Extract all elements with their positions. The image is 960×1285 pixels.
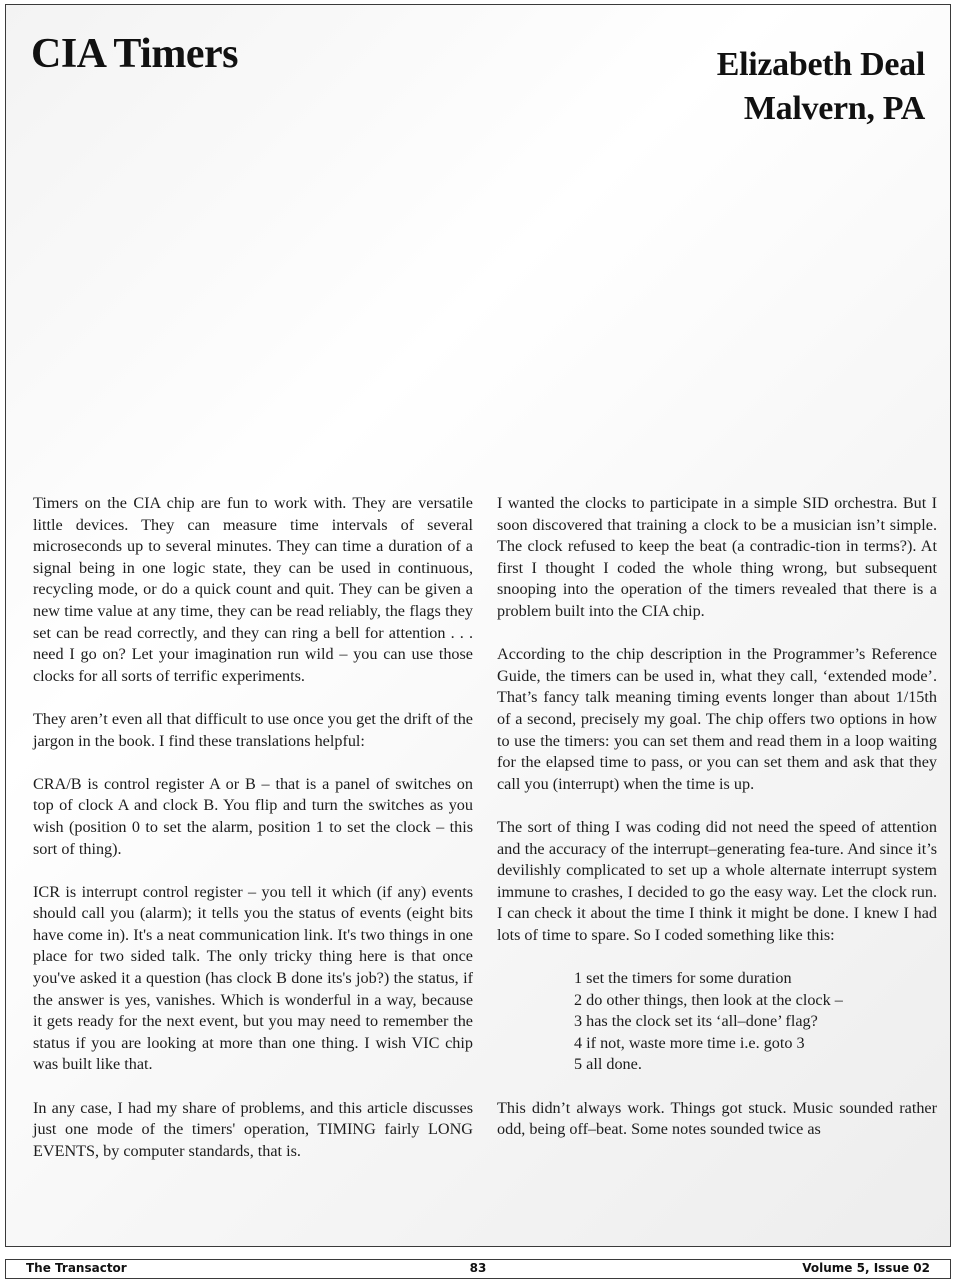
- issue-label: Volume 5, Issue 02: [802, 1260, 930, 1277]
- right-column: I wanted the clocks to participate in a …: [497, 493, 937, 1162]
- paragraph: This didn’t always work. Things got stuc…: [497, 1098, 937, 1141]
- paragraph: They aren’t even all that difficult to u…: [33, 709, 473, 752]
- paragraph: I wanted the clocks to participate in a …: [497, 493, 937, 623]
- left-column: Timers on the CIA chip are fun to work w…: [33, 493, 473, 1184]
- pseudocode-step: 2 do other things, then look at the cloc…: [574, 990, 937, 1012]
- paragraph: Timers on the CIA chip are fun to work w…: [33, 493, 473, 687]
- paragraph: According to the chip description in the…: [497, 644, 937, 795]
- article-title: CIA Timers: [31, 33, 238, 75]
- pseudocode-step: 4 if not, waste more time i.e. goto 3: [574, 1033, 937, 1055]
- paragraph: ICR is interrupt control register – you …: [33, 882, 473, 1076]
- author-name: Elizabeth Deal: [717, 43, 925, 87]
- page-footer: The Transactor 83 Volume 5, Issue 02: [5, 1259, 951, 1279]
- paragraph: The sort of thing I was coding did not n…: [497, 817, 937, 947]
- author-location: Malvern, PA: [717, 87, 925, 131]
- pseudocode-steps: 1 set the timers for some duration 2 do …: [497, 968, 937, 1076]
- byline: Elizabeth Deal Malvern, PA: [717, 43, 925, 131]
- paragraph: In any case, I had my share of problems,…: [33, 1098, 473, 1163]
- page-frame: CIA Timers Elizabeth Deal Malvern, PA Ti…: [5, 4, 951, 1247]
- pseudocode-step: 1 set the timers for some duration: [574, 968, 937, 990]
- paragraph: CRA/B is control register A or B – that …: [33, 774, 473, 860]
- pseudocode-step: 3 has the clock set its ‘all–done’ flag?: [574, 1011, 937, 1033]
- pseudocode-step: 5 all done.: [574, 1054, 937, 1076]
